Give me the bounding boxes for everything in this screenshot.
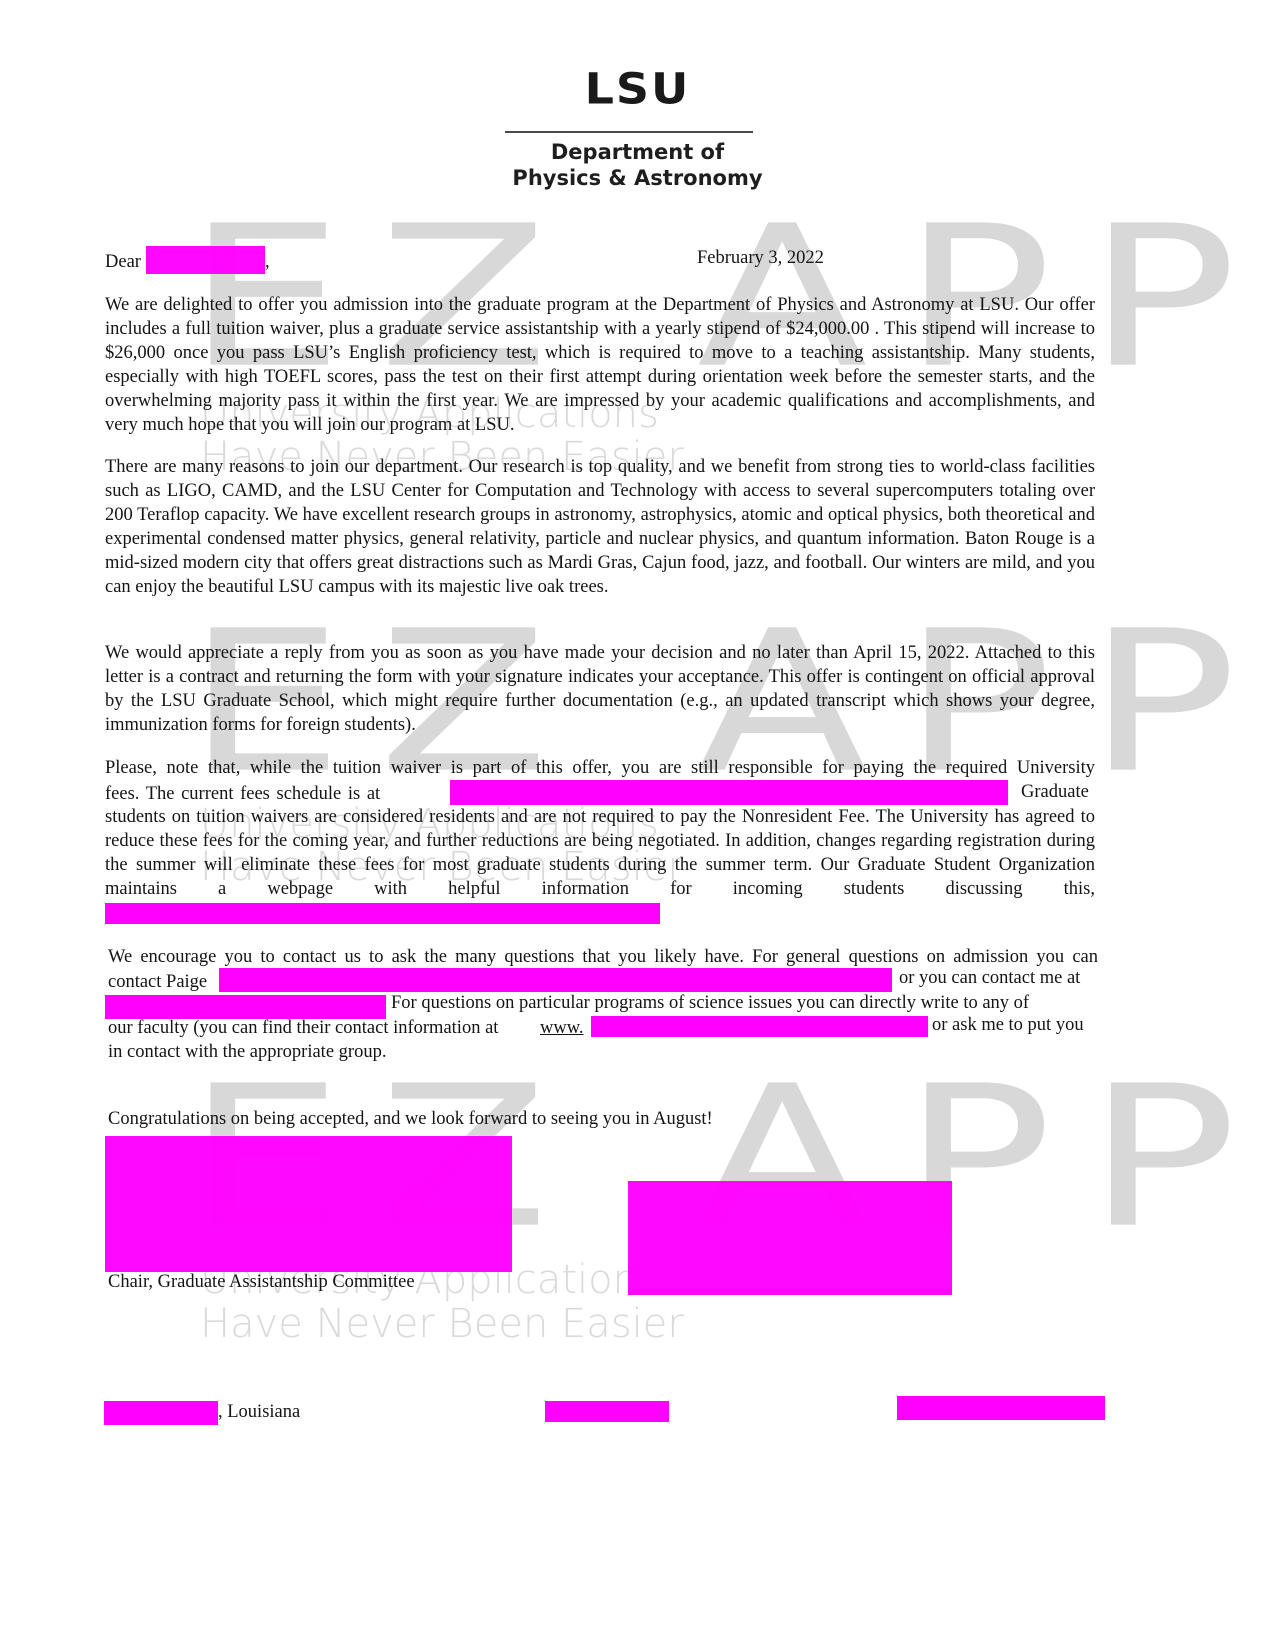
redacted-footer-phone (545, 1401, 669, 1422)
watermark-tagline-2: Have Never Been Easier (200, 1302, 684, 1346)
paragraph-reasons: There are many reasons to join our depar… (105, 455, 1095, 599)
letterhead-divider (505, 131, 753, 133)
redacted-faculty-url (591, 1016, 928, 1037)
department-line-2: Physics & Astronomy (0, 165, 1275, 191)
paragraph-fees-line-2-start: fees. The current fees schedule is at (105, 782, 380, 806)
closing-line: Congratulations on being accepted, and w… (108, 1107, 713, 1131)
paragraph-offer: We are delighted to offer you admission … (105, 293, 1095, 437)
letter-date: February 3, 2022 (697, 246, 824, 270)
paragraph-contact-line-4-start: our faculty (you can find their contact … (108, 1016, 498, 1040)
department-line-1: Department of (0, 139, 1275, 165)
paragraph-reply-deadline: We would appreciate a reply from you as … (105, 641, 1095, 737)
paragraph-contact-line-5: in contact with the appropriate group. (108, 1040, 386, 1064)
salutation: Dear (105, 250, 141, 274)
paragraph-fees-line-2-end: Graduate (1021, 780, 1089, 804)
paragraph-contact-line-2-end: or you can contact me at (899, 966, 1080, 990)
faculty-website-link[interactable]: www. (540, 1016, 584, 1040)
redacted-footer-web (897, 1396, 1105, 1420)
paragraph-fees-line-1: Please, note that, while the tuition wai… (105, 756, 1095, 780)
footer-location: , Louisiana (218, 1400, 300, 1424)
paragraph-fees-rest: students on tuition waivers are consider… (105, 805, 1095, 901)
paragraph-contact-line-4-end: or ask me to put you (932, 1013, 1084, 1037)
signer-title: Chair, Graduate Assistantship Committee (108, 1270, 415, 1294)
redacted-fees-link (450, 780, 1008, 805)
paragraph-contact-line-2-start: contact Paige (108, 970, 207, 994)
redacted-recipient-name (146, 246, 265, 274)
lsu-logo: LSU (0, 64, 1275, 114)
redacted-paige-contact (219, 968, 892, 992)
salutation-comma: , (265, 250, 270, 274)
department-name: Department of Physics & Astronomy (0, 139, 1275, 191)
redacted-signature-stamp (628, 1181, 952, 1295)
redacted-signature (105, 1136, 512, 1272)
redacted-city (104, 1401, 218, 1425)
redacted-gso-link (105, 903, 660, 924)
paragraph-contact-line-3-end: For questions on particular programs of … (391, 991, 1029, 1015)
